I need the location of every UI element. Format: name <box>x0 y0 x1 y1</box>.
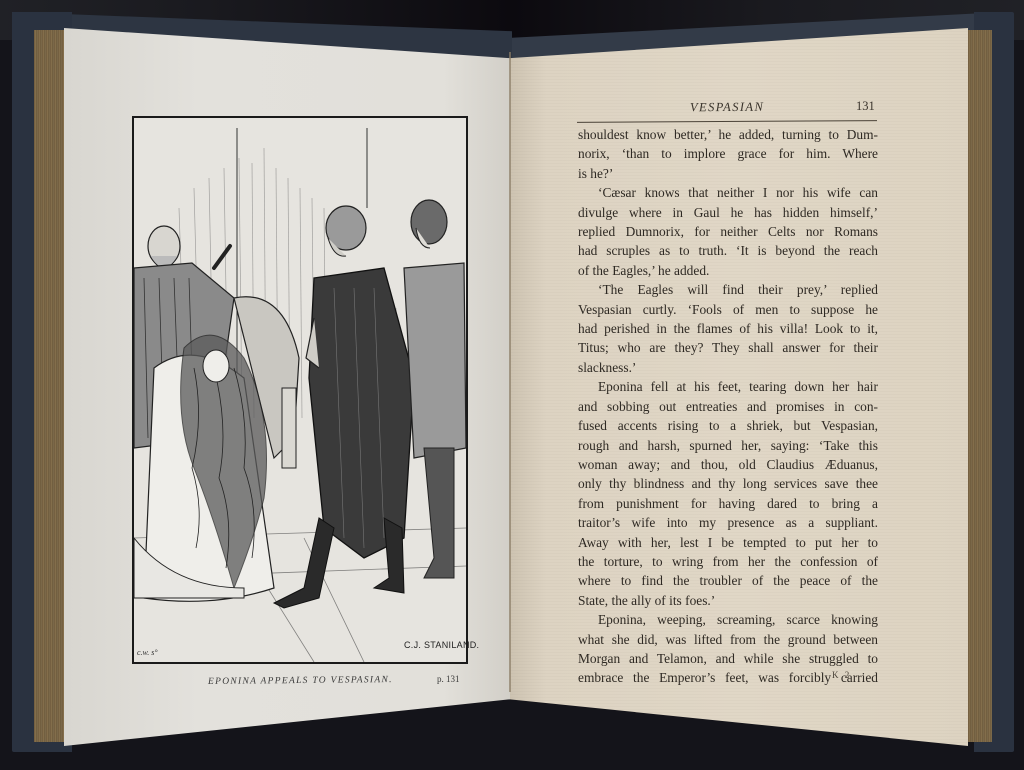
artist-signature: C.J. STANILAND. <box>404 640 479 650</box>
text-line: Eponina, weeping, screaming, scarce know… <box>578 610 878 629</box>
text-line: traitor’s wife into my presence as a sup… <box>578 513 878 532</box>
page-edges-right <box>968 30 992 742</box>
page-number: 131 <box>856 99 875 114</box>
page-edges-left <box>34 30 64 742</box>
book-gutter <box>509 52 511 692</box>
text-line: replied Dumnorix, for neither Celts nor … <box>578 222 878 241</box>
text-line: Eponina fell at his feet, tearing down h… <box>578 377 878 396</box>
text-line: Titus; who are they? They shall answer f… <box>578 338 878 357</box>
text-line: Away with her, lest I be tempted to put … <box>578 533 878 552</box>
text-line: slackness.’ <box>578 358 878 377</box>
body-text: shouldest know better,’ he added, turnin… <box>578 125 878 688</box>
running-head: VESPASIAN <box>690 100 764 116</box>
soldier-figure <box>404 200 466 578</box>
text-line: from punishment for having dared to brin… <box>578 494 878 513</box>
plate-page-reference: p. 131 <box>437 674 460 684</box>
text-line: divulge where in Gaul he has hidden hims… <box>578 203 878 222</box>
text-line: had perished in the flames of his villa!… <box>578 319 878 338</box>
text-line: State, the ally of its foes.’ <box>578 591 878 610</box>
text-line: of the Eagles,’ he added. <box>578 261 878 280</box>
engraving-illustration <box>134 118 466 662</box>
text-line: is he?’ <box>578 164 878 183</box>
printer-signature-mark: K 2 <box>832 670 851 680</box>
plate-caption: EPONINA APPEALS TO VESPASIAN. <box>208 675 393 687</box>
text-line: where to find the troubler of the peace … <box>578 571 878 590</box>
text-line: and sobbing out entreaties and promises … <box>578 397 878 416</box>
text-line: Morgan and Telamon, and while she strugg… <box>578 649 878 668</box>
text-line: woman away; and thou, old Claudius Æduan… <box>578 455 878 474</box>
text-line: fused accents rising to a shriek, but Ve… <box>578 416 878 435</box>
text-line: norix, ‘than to implore grace for him. W… <box>578 144 878 163</box>
text-line: rough and harsh, spurned her, saying: ‘T… <box>578 436 878 455</box>
illustration-plate <box>132 116 468 664</box>
text-line: shouldest know better,’ he added, turnin… <box>578 125 878 144</box>
text-line: only thy blindness and thy long services… <box>578 474 878 493</box>
text-line: had scruples as to truth. ‘It is beyond … <box>578 241 878 260</box>
text-line: ‘Cæsar knows that neither I nor his wife… <box>578 183 878 202</box>
text-line: what she did, was lifted from the ground… <box>578 630 878 649</box>
engraver-mark: c.w. s° <box>137 648 158 657</box>
text-line: Vespasian curtly. ‘Fools of men to suppo… <box>578 300 878 319</box>
text-line: ‘The Eagles will find their prey,’ repli… <box>578 280 878 299</box>
text-line: the torture, to wring from her the confe… <box>578 552 878 571</box>
